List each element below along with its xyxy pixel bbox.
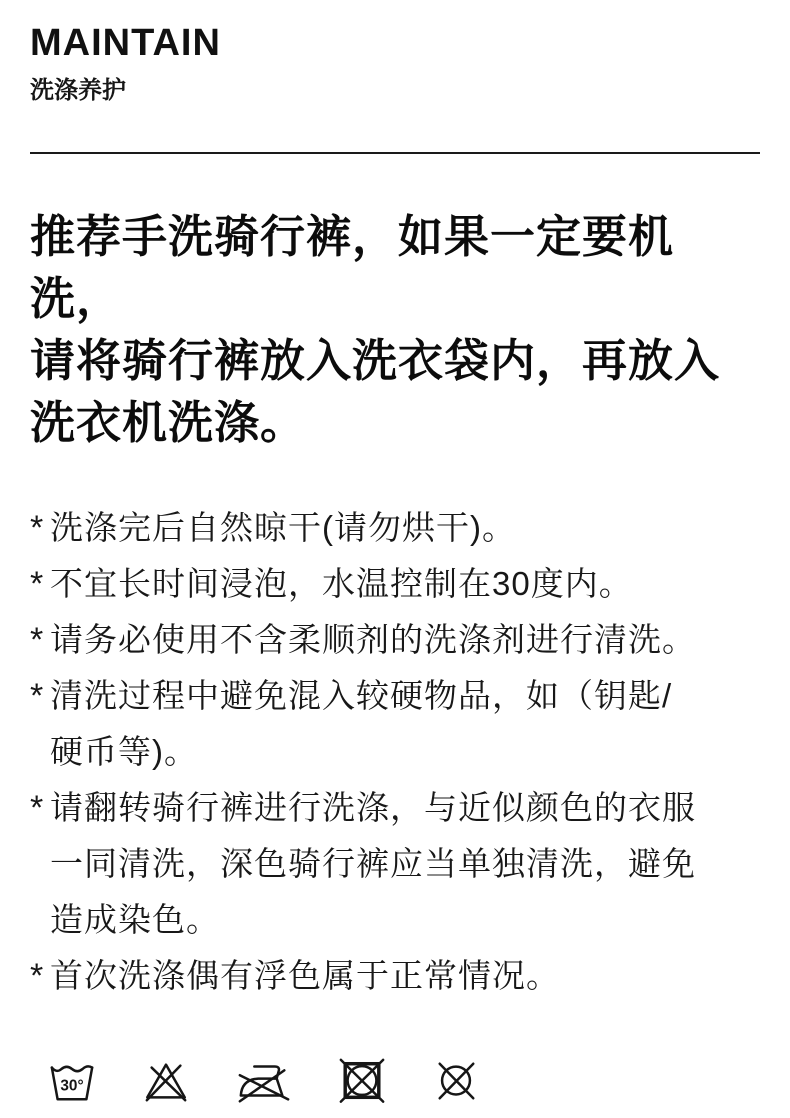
- care-page: MAINTAIN 洗涤养护 推荐手洗骑行裤，如果一定要机洗， 请将骑行裤放入洗衣…: [0, 0, 790, 1118]
- bullet-asterisk: *: [30, 511, 44, 545]
- wash-temp-label: 30°: [60, 1078, 83, 1095]
- care-note-text: 清洗过程中避免混入较硬物品，如（钥匙/ 硬币等)。: [50, 677, 672, 770]
- do-not-dry-clean-icon: [432, 1058, 480, 1104]
- care-note-text: 请务必使用不含柔顺剂的洗涤剂进行清洗。: [50, 621, 696, 658]
- do-not-bleach-icon: [142, 1058, 190, 1104]
- bullet-asterisk: *: [30, 567, 44, 601]
- care-note-item: * 洗涤完后自然晾干(请勿烘干)。: [30, 500, 760, 556]
- do-not-iron-icon: [236, 1058, 292, 1104]
- care-note-item: * 请务必使用不含柔顺剂的洗涤剂进行清洗。: [30, 612, 760, 668]
- care-note-text: 请翻转骑行裤进行洗涤，与近似颜色的衣服 一同清洗，深色骑行裤应当单独清洗，避免 …: [50, 789, 696, 938]
- bullet-asterisk: *: [30, 959, 44, 993]
- wash-30-degrees-icon: 30°: [48, 1058, 96, 1104]
- headline: 推荐手洗骑行裤，如果一定要机洗， 请将骑行裤放入洗衣袋内，再放入 洗衣机洗涤。: [30, 206, 760, 454]
- section-subtitle: 洗涤养护: [30, 78, 760, 104]
- care-notes-list: * 洗涤完后自然晾干(请勿烘干)。 * 不宜长时间浸泡，水温控制在30度内。 *…: [30, 500, 760, 1004]
- bullet-asterisk: *: [30, 623, 44, 657]
- care-note-item: * 请翻转骑行裤进行洗涤，与近似颜色的衣服 一同清洗，深色骑行裤应当单独清洗，避…: [30, 780, 760, 948]
- care-note-item: * 不宜长时间浸泡，水温控制在30度内。: [30, 556, 760, 612]
- care-symbols-row: 30°: [48, 1058, 760, 1104]
- bullet-asterisk: *: [30, 791, 44, 825]
- care-note-text: 洗涤完后自然晾干(请勿烘干)。: [50, 509, 516, 546]
- section-title: MAINTAIN: [30, 24, 760, 62]
- care-note-item: * 首次洗涤偶有浮色属于正常情况。: [30, 948, 760, 1004]
- bullet-asterisk: *: [30, 679, 44, 713]
- care-note-item: * 清洗过程中避免混入较硬物品，如（钥匙/ 硬币等)。: [30, 668, 760, 780]
- care-note-text: 首次洗涤偶有浮色属于正常情况。: [50, 957, 560, 994]
- divider: [30, 152, 760, 154]
- do-not-tumble-dry-icon: [338, 1058, 386, 1104]
- care-note-text: 不宜长时间浸泡，水温控制在30度内。: [50, 565, 633, 602]
